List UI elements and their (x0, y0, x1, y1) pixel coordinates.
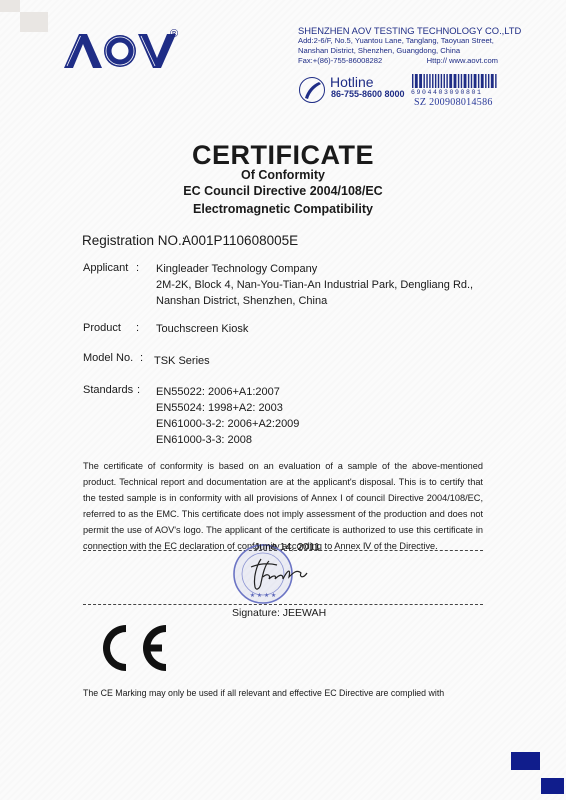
product-value: Touchscreen Kiosk (156, 321, 248, 337)
barcode-digits: 6904403090801 (411, 89, 483, 96)
aov-logo-icon (62, 30, 182, 70)
scan-corner-mark (20, 12, 48, 32)
applicant-colon: : (136, 262, 139, 274)
standard-item: EN61000-3-3: 2008 (156, 432, 299, 448)
conformity-statement: The certificate of conformity is based o… (83, 458, 483, 554)
company-name: SHENZHEN AOV TESTING TECHNOLOGY CO.,LTD (298, 26, 521, 36)
phone-icon (298, 76, 326, 104)
hotline-label: Hotline (330, 74, 374, 90)
ce-marking-note: The CE Marking may only be used if all r… (83, 688, 444, 698)
applicant-name: Kingleader Technology Company (156, 261, 473, 277)
standard-item: EN55022: 2006+A1:2007 (156, 384, 299, 400)
barcode-icon (412, 74, 498, 88)
standards-colon: : (137, 384, 140, 396)
decorative-blue-square (541, 778, 564, 794)
subtitle-conformity: Of Conformity (0, 168, 566, 182)
model-value: TSK Series (154, 353, 210, 369)
company-address-line1: Add:2-6/F, No.5, Yuantou Lane, Tanglang,… (298, 36, 521, 46)
model-colon: : (140, 352, 143, 364)
applicant-address-line1: 2M-2K, Block 4, Nan-You-Tian-An Industri… (156, 277, 473, 293)
registration-number: A001P110608005E (182, 233, 298, 248)
registered-mark: ® (170, 28, 178, 40)
standards-label: Standards (83, 384, 133, 396)
model-label: Model No. (83, 352, 133, 364)
registration-label: Registration NO.: (82, 233, 186, 248)
signature-name: Signature: JEEWAH (232, 607, 326, 619)
signature-date: June 14, 2011 (254, 541, 320, 553)
serial-number: SZ 200908014586 (414, 97, 493, 108)
standards-list: EN55022: 2006+A1:2007 EN55024: 1998+A2: … (156, 384, 299, 448)
standard-item: EN55024: 1998+A2: 2003 (156, 400, 299, 416)
company-fax: Fax:+(86)-755-86008282 (298, 56, 382, 66)
product-label: Product (83, 322, 121, 334)
scan-corner-mark (0, 0, 20, 12)
ce-mark-icon (92, 622, 170, 674)
applicant-address-line2: Nanshan District, Shenzhen, China (156, 293, 473, 309)
company-info: SHENZHEN AOV TESTING TECHNOLOGY CO.,LTD … (298, 26, 521, 66)
page-title: CERTIFICATE (0, 140, 566, 171)
company-website[interactable]: Http:// www.aovt.com (427, 56, 498, 66)
handwritten-signature-icon (243, 553, 311, 593)
applicant-label: Applicant (83, 262, 128, 274)
company-address-line2: Nanshan District, Shenzhen, Guangdong, C… (298, 46, 521, 56)
applicant-value: Kingleader Technology Company 2M-2K, Blo… (156, 261, 473, 309)
standard-item: EN61000-3-2: 2006+A2:2009 (156, 416, 299, 432)
signature-divider-bottom (83, 604, 483, 605)
decorative-blue-square (511, 752, 540, 770)
subtitle-directive: EC Council Directive 2004/108/EC (0, 184, 566, 198)
hotline-number: 86-755-8600 8000 (331, 89, 405, 99)
subtitle-emc: Electromagnetic Compatibility (0, 202, 566, 216)
svg-text:★ ★ ★ ★: ★ ★ ★ ★ (250, 592, 277, 599)
product-colon: : (136, 322, 139, 334)
